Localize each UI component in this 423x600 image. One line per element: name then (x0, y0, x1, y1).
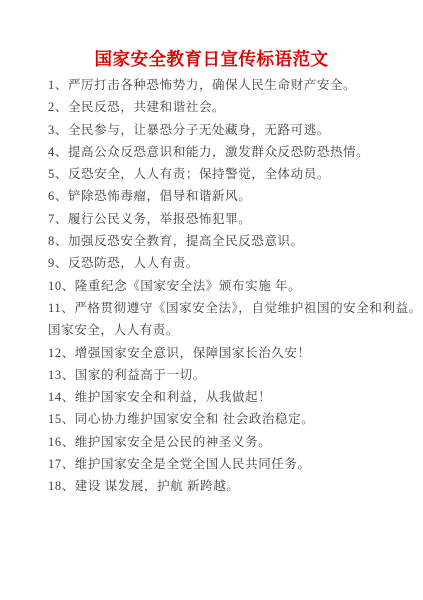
slogan-line: 8、加强反恐安全教育，提高全民反恐意识。 (48, 230, 413, 252)
slogan-line: 7、履行公民义务，举报恐怖犯罪。 (48, 208, 413, 230)
slogan-line: 5、反恐安全，人人有责；保持警觉，全体动员。 (48, 163, 413, 185)
slogan-line: 1、严厉打击各种恐怖势力，确保人民生命财产安全。 (48, 74, 413, 96)
slogan-line: 17、维护国家安全是全党全国人民共同任务。 (48, 453, 413, 475)
slogan-line: 12、增强国家安全意识，保障国家长治久安！ (48, 342, 413, 364)
slogan-line: 16、维护国家安全是公民的神圣义务。 (48, 431, 413, 453)
slogan-line: 3、全民参与，让暴恐分子无处藏身，无路可逃。 (48, 119, 413, 141)
document-page: 国家安全教育日宣传标语范文 1、严厉打击各种恐怖势力，确保人民生命财产安全。2、… (0, 0, 423, 600)
slogan-line: 10、隆重纪念《国家安全法》颁布实施 年。 (48, 275, 413, 297)
page-title: 国家安全教育日宣传标语范文 (0, 0, 423, 72)
slogan-line: 15、同心协力维护国家安全和 社会政治稳定。 (48, 408, 413, 430)
slogan-line: 6、铲除恐怖毒瘤，倡导和谐新风。 (48, 185, 413, 207)
slogan-line: 13、国家的利益高于一切。 (48, 364, 413, 386)
slogan-line: 14、维护国家安全和利益，从我做起！ (48, 386, 413, 408)
slogan-line: 国家安全，人人有责。 (48, 319, 413, 341)
slogan-line: 4、提高公众反恐意识和能力，激发群众反恐防恐热情。 (48, 141, 413, 163)
slogan-line: 9、反恐防恐，人人有责。 (48, 252, 413, 274)
slogan-list: 1、严厉打击各种恐怖势力，确保人民生命财产安全。2、全民反恐，共建和谐社会。3、… (0, 72, 423, 498)
slogan-line: 2、全民反恐，共建和谐社会。 (48, 96, 413, 118)
slogan-line: 11、严格贯彻遵守《国家安全法》，自觉维护祖国的安全和利益。 (48, 297, 413, 319)
slogan-line: 18、建设 谋发展，护航 新跨越。 (48, 475, 413, 497)
